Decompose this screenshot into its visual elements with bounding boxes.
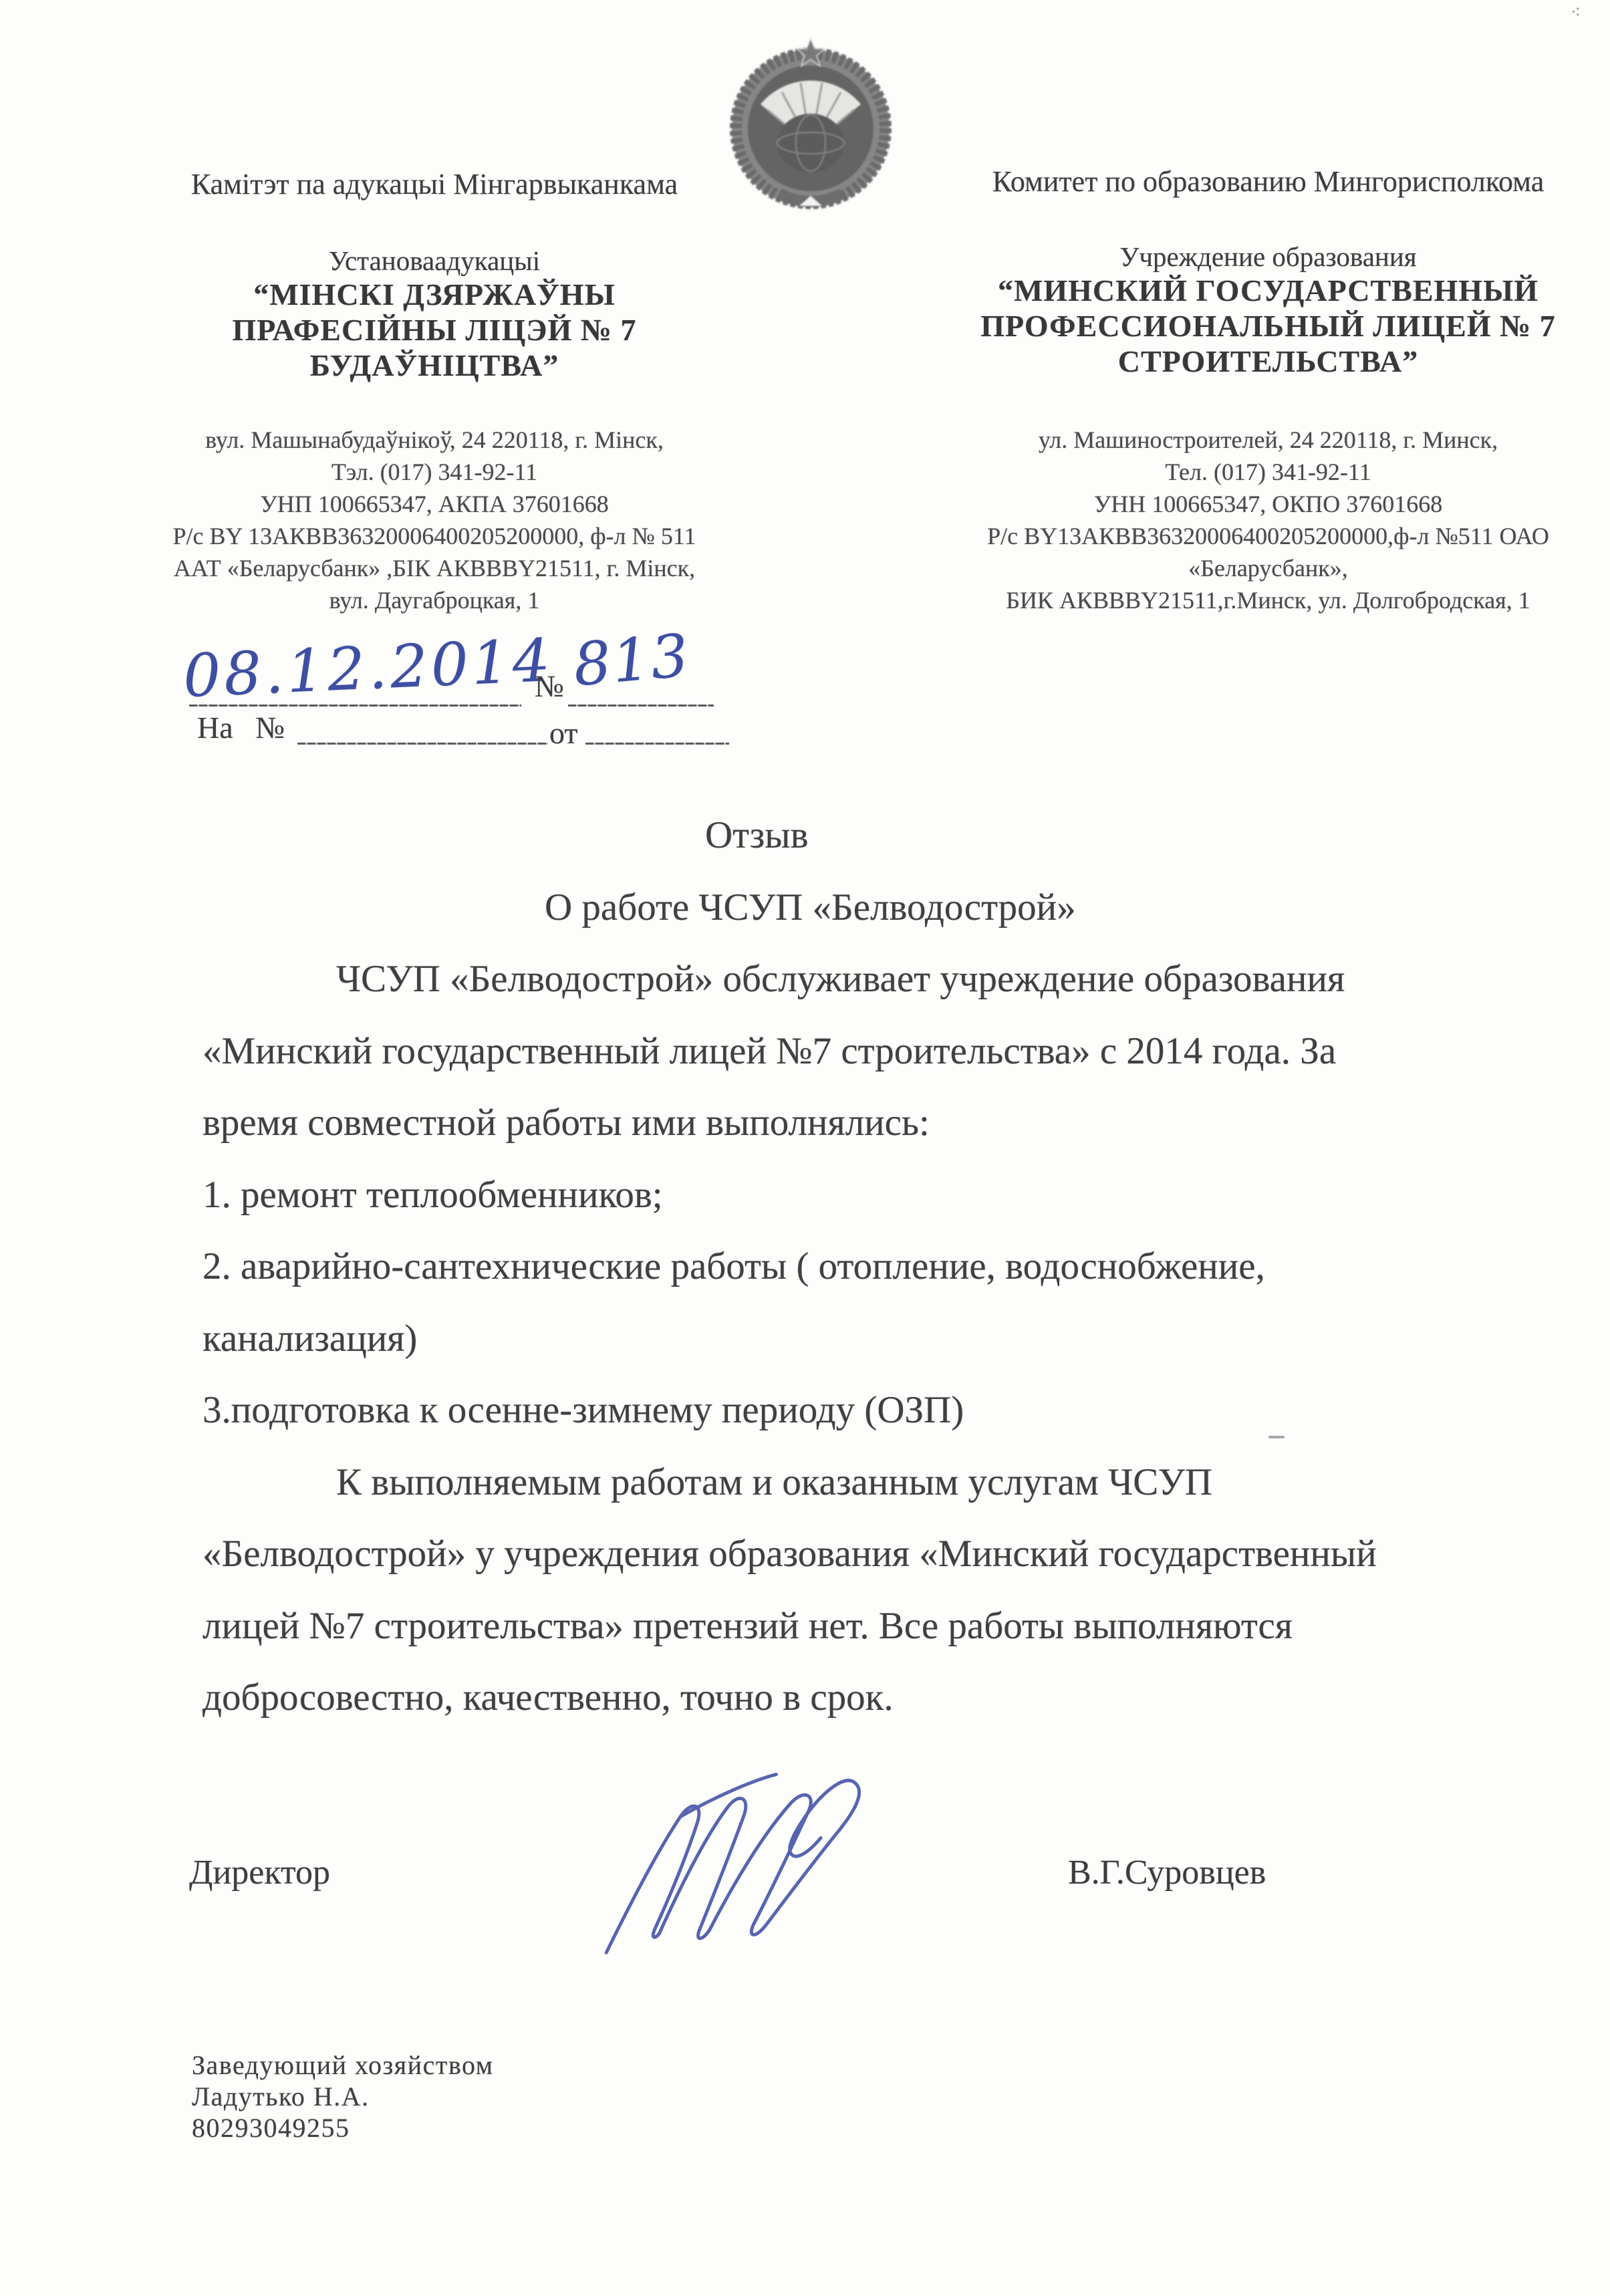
footer-name: Ладутько Н.А. xyxy=(192,2081,494,2112)
org-name-line: ПРАФЕСІЙНЫ ЛІЦЭЙ № 7 xyxy=(100,312,769,348)
committee-heading-russian: Комитет по образованию Мингорисполкома xyxy=(946,164,1591,199)
footer-position: Заведующий хозяйством xyxy=(192,2049,494,2081)
signer-name: В.Г.Суровцев xyxy=(1068,1853,1266,1892)
address-line: Р/с BY 13АКВВ36320006400205200000, ф-л №… xyxy=(87,520,782,552)
org-name-line: БУДАЎНІЦТВА” xyxy=(100,348,769,383)
handwritten-signature xyxy=(553,1730,888,2017)
org-name-line: СТРОИТЕЛЬСТВА” xyxy=(946,344,1591,379)
letter-title: Отзыв xyxy=(203,799,1476,872)
body-line: лицей №7 строительства» претензий нет. В… xyxy=(203,1590,1476,1662)
address-line: ААТ «Беларусбанк» ,БІК АКВВВY21511, г. М… xyxy=(87,552,782,584)
body-line: «Белводострой» у учреждения образования … xyxy=(203,1518,1476,1590)
address-line: ул. Машиностроителей, 24 220118, г. Минс… xyxy=(939,424,1597,456)
letter-subject: О работе ЧСУП «Белводострой» xyxy=(203,872,1476,944)
body-line: ЧСУП «Белводострой» обслуживает учрежден… xyxy=(203,943,1476,1015)
address-block-russian: ул. Машиностроителей, 24 220118, г. Минс… xyxy=(939,424,1597,616)
org-name-line: ПРОФЕССИОНАЛЬНЫЙ ЛИЦЕЙ № 7 xyxy=(946,308,1591,344)
institution-label: Установаадукацыі xyxy=(100,245,769,277)
footer-contact-block: Заведующий хозяйством Ладутько Н.А. 8029… xyxy=(192,2049,494,2144)
address-line: УНП 100665347, АКПА 37601668 xyxy=(87,488,782,520)
reply-to-number-label: На № xyxy=(197,710,285,745)
date-underline xyxy=(189,705,521,707)
handwritten-outgoing-number: 813 xyxy=(571,621,692,700)
handwritten-date: 08.12.2014 xyxy=(182,626,555,711)
body-line: время совместной работы ими выполнялись: xyxy=(203,1087,1476,1159)
address-block-belarusian: вул. Машынабудаўнікоў, 24 220118, г. Мін… xyxy=(87,424,782,616)
letter-body: Отзыв О работе ЧСУП «Белводострой» ЧСУП … xyxy=(203,799,1476,1734)
scanned-letter-page: Камітэт па адукацыі Мінгарвыканкама Коми… xyxy=(0,0,1610,2296)
position-title: Директор xyxy=(189,1853,330,1892)
body-line: канализация) xyxy=(203,1303,1476,1375)
body-line: «Минский государственный лицей №7 строит… xyxy=(203,1015,1476,1088)
body-line: 2. аварийно-сантехнические работы ( отоп… xyxy=(203,1231,1476,1303)
scan-speck: ⁖ xyxy=(1571,3,1581,23)
reply-date-underline xyxy=(585,743,729,745)
body-line: 1. ремонт теплообменников; xyxy=(203,1159,1476,1231)
body-line: 3.подготовка к осенне-зимнему периоду (О… xyxy=(203,1374,1476,1446)
number-underline xyxy=(568,705,714,707)
address-line: вул. Машынабудаўнікоў, 24 220118, г. Мін… xyxy=(87,424,782,456)
scan-speck xyxy=(1268,1436,1285,1438)
footer-phone: 80293049255 xyxy=(192,2112,494,2144)
address-line: «Беларусбанк», xyxy=(939,552,1597,584)
number-sign-label: № xyxy=(535,668,564,704)
address-line: БИК АКВВВY21511,г.Минск, ул. Долгобродск… xyxy=(939,584,1597,616)
institution-label: Учреждение образования xyxy=(946,241,1591,273)
address-line: Тэл. (017) 341-92-11 xyxy=(87,456,782,488)
reply-number-underline xyxy=(297,743,548,745)
body-line: добросовестно, качественно, точно в срок… xyxy=(203,1662,1476,1734)
address-line: вул. Даугаброцкая, 1 xyxy=(87,584,782,616)
org-name-line: “МИНСКИЙ ГОСУДАРСТВЕННЫЙ xyxy=(946,273,1591,308)
organization-name-belarusian: Установаадукацыі “МІНСКІ ДЗЯРЖАЎНЫ ПРАФЕ… xyxy=(100,245,769,383)
address-line: Тел. (017) 341-92-11 xyxy=(939,456,1597,488)
reply-from-label: от xyxy=(549,715,578,751)
address-line: УНН 100665347, ОКПО 37601668 xyxy=(939,488,1597,520)
body-line: К выполняемым работам и оказанным услуга… xyxy=(203,1446,1476,1519)
organization-name-russian: Учреждение образования “МИНСКИЙ ГОСУДАРС… xyxy=(946,241,1591,379)
address-line: Р/с BY13АКВВ36320006400205200000,ф-л №51… xyxy=(939,520,1597,552)
committee-heading-belarusian: Камітэт па адукацыі Мінгарвыканкама xyxy=(100,167,769,201)
org-name-line: “МІНСКІ ДЗЯРЖАЎНЫ xyxy=(100,277,769,312)
